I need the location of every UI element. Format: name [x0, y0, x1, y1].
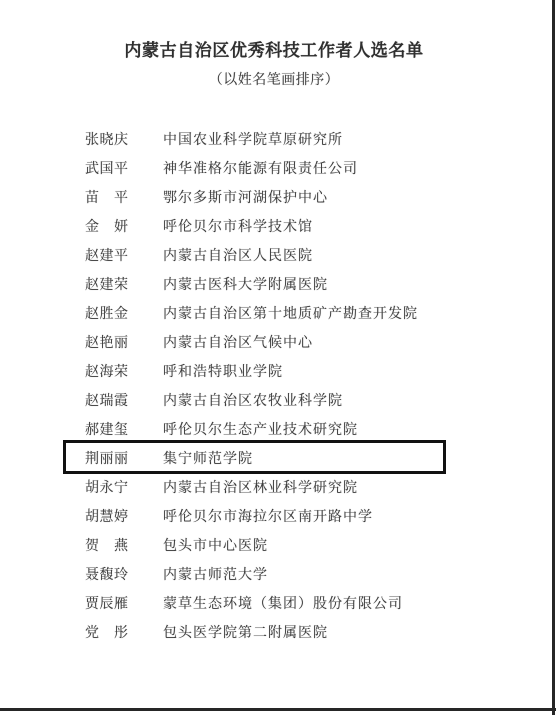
candidate-organization: 中国农业科学院草原研究所: [163, 129, 343, 149]
candidate-organization: 包头医学院第二附属医院: [163, 622, 328, 642]
page-edge-line-right: [552, 0, 555, 715]
list-item: 聂馥玲内蒙古师范大学: [85, 559, 505, 588]
list-item: 贾辰雁蒙草生态环境（集团）股份有限公司: [85, 588, 505, 617]
list-item: 赵建平内蒙古自治区人民医院: [85, 240, 505, 269]
candidate-name: 武国平: [85, 158, 163, 178]
candidate-name: 赵建平: [85, 245, 163, 265]
candidate-organization: 内蒙古自治区人民医院: [163, 245, 313, 265]
candidate-name: 党 彤: [85, 622, 163, 642]
list-item: 郝建玺呼伦贝尔生态产业技术研究院: [85, 414, 505, 443]
candidate-name: 荆丽丽: [85, 448, 163, 468]
page-subtitle: （以姓名笔画排序）: [0, 72, 548, 89]
list-item: 胡永宁内蒙古自治区林业科学研究院: [85, 472, 505, 501]
list-item: 赵艳丽内蒙古自治区气候中心: [85, 327, 505, 356]
document-header: 内蒙古自治区优秀科技工作者人选名单 （以姓名笔画排序）: [0, 0, 548, 89]
list-item: 张晓庆中国农业科学院草原研究所: [85, 124, 505, 153]
candidate-organization: 集宁师范学院: [163, 448, 253, 468]
candidate-organization: 内蒙古自治区气候中心: [163, 332, 313, 352]
candidate-name: 张晓庆: [85, 129, 163, 149]
candidate-list: 张晓庆中国农业科学院草原研究所武国平神华准格尔能源有限责任公司苗 平鄂尔多斯市河…: [85, 124, 505, 646]
candidate-organization: 内蒙古自治区农牧业科学院: [163, 390, 343, 410]
candidate-organization: 呼伦贝尔市科学技术馆: [163, 216, 313, 236]
candidate-organization: 内蒙古自治区第十地质矿产勘查开发院: [163, 303, 418, 323]
candidate-name: 苗 平: [85, 187, 163, 207]
list-item: 金 妍呼伦贝尔市科学技术馆: [85, 211, 505, 240]
list-item: 武国平神华准格尔能源有限责任公司: [85, 153, 505, 182]
candidate-name: 金 妍: [85, 216, 163, 236]
list-item: 贺 燕包头市中心医院: [85, 530, 505, 559]
candidate-organization: 内蒙古自治区林业科学研究院: [163, 477, 358, 497]
list-item: 赵海荣呼和浩特职业学院: [85, 356, 505, 385]
candidate-name: 赵海荣: [85, 361, 163, 381]
candidate-name: 聂馥玲: [85, 564, 163, 584]
candidate-organization: 蒙草生态环境（集团）股份有限公司: [163, 593, 403, 613]
candidate-organization: 包头市中心医院: [163, 535, 268, 555]
scanned-document-page: 内蒙古自治区优秀科技工作者人选名单 （以姓名笔画排序） 张晓庆中国农业科学院草原…: [0, 0, 556, 715]
candidate-organization: 内蒙古师范大学: [163, 564, 268, 584]
candidate-name: 胡永宁: [85, 477, 163, 497]
candidate-organization: 呼伦贝尔生态产业技术研究院: [163, 419, 358, 439]
list-item: 赵胜金内蒙古自治区第十地质矿产勘查开发院: [85, 298, 505, 327]
candidate-name: 赵艳丽: [85, 332, 163, 352]
candidate-organization: 呼和浩特职业学院: [163, 361, 283, 381]
page-title: 内蒙古自治区优秀科技工作者人选名单: [0, 40, 548, 61]
list-item: 赵瑞霞内蒙古自治区农牧业科学院: [85, 385, 505, 414]
list-item: 苗 平鄂尔多斯市河湖保护中心: [85, 182, 505, 211]
candidate-name: 赵建荣: [85, 274, 163, 294]
candidate-name: 贺 燕: [85, 535, 163, 555]
list-item: 赵建荣内蒙古医科大学附属医院: [85, 269, 505, 298]
list-item: 荆丽丽集宁师范学院: [85, 443, 505, 472]
list-item: 党 彤包头医学院第二附属医院: [85, 617, 505, 646]
page-edge-line-bottom: [0, 708, 556, 711]
candidate-name: 贾辰雁: [85, 593, 163, 613]
candidate-name: 赵胜金: [85, 303, 163, 323]
candidate-organization: 鄂尔多斯市河湖保护中心: [163, 187, 328, 207]
candidate-name: 郝建玺: [85, 419, 163, 439]
list-item: 胡慧婷呼伦贝尔市海拉尔区南开路中学: [85, 501, 505, 530]
candidate-organization: 内蒙古医科大学附属医院: [163, 274, 328, 294]
candidate-organization: 神华准格尔能源有限责任公司: [163, 158, 358, 178]
candidate-name: 赵瑞霞: [85, 390, 163, 410]
candidate-organization: 呼伦贝尔市海拉尔区南开路中学: [163, 506, 373, 526]
candidate-name: 胡慧婷: [85, 506, 163, 526]
